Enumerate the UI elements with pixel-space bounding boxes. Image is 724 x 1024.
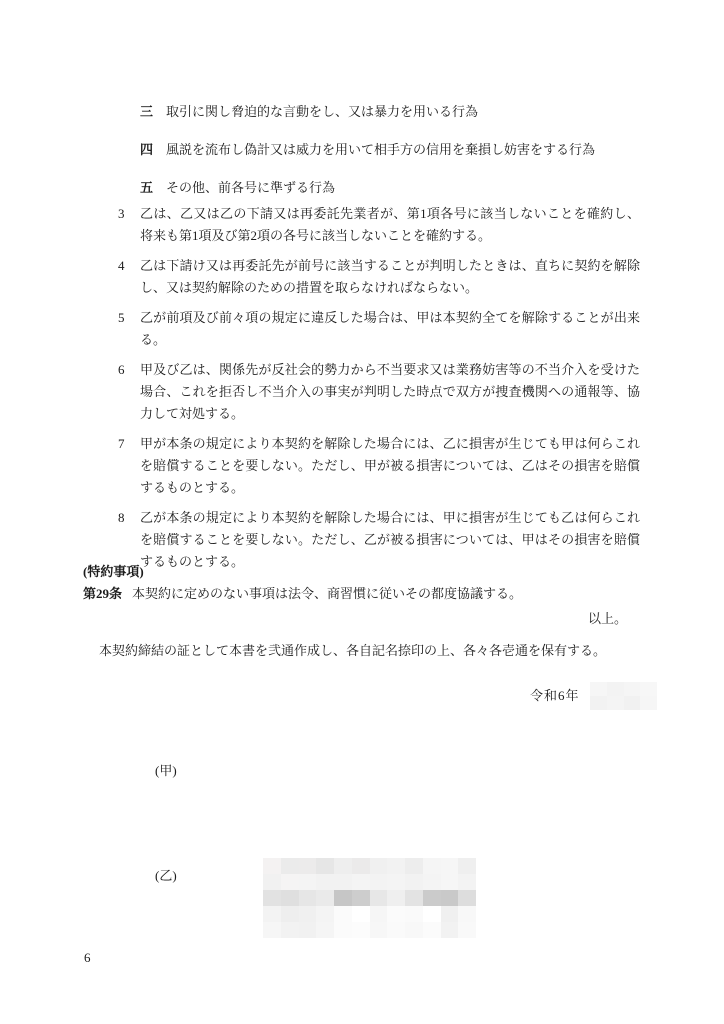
clause-text: 乙は、乙又は乙の下請又は再委託先業者が、第1項各号に該当しないことを確約し、将来… [140, 203, 640, 247]
redacted-signature-blur [263, 858, 476, 938]
clause-text: 甲及び乙は、関係先が反社会的勢力から不当要求又は業務妨害等の不当介入を受けた場合… [140, 359, 640, 425]
clause-text: 乙は下請け又は再委託先が前号に該当することが判明したときは、直ちに契約を解除し、… [140, 255, 640, 299]
contract-document-page: 三 取引に関し脅迫的な言動をし、又は暴力を用いる行為 四 風説を流布し偽計又は威… [0, 0, 724, 1024]
clause-item: 5 乙が前項及び前々項の規定に違反した場合は、甲は本契約全てを解除することが出来… [118, 307, 640, 351]
list-item-number: 三 [140, 100, 166, 123]
party-b-label: (乙) [155, 867, 177, 885]
clause-item: 3 乙は、乙又は乙の下請又は再委託先業者が、第1項各号に該当しないことを確約し、… [118, 203, 640, 247]
clause-number: 5 [118, 307, 140, 351]
clause-text: 甲が本条の規定により本契約を解除した場合には、乙に損害が生じても甲は何らこれを賠… [140, 433, 640, 499]
clause-number: 6 [118, 359, 140, 425]
list-item: 三 取引に関し脅迫的な言動をし、又は暴力を用いる行為 [140, 100, 660, 123]
prohibited-acts-sublist: 三 取引に関し脅迫的な言動をし、又は暴力を用いる行為 四 風説を流布し偽計又は威… [140, 100, 660, 214]
attestation-sentence: 本契約締結の証として本書を弐通作成し、各自記名捺印の上、各々各壱通を保有する。 [99, 641, 659, 661]
list-item: 四 風説を流布し偽計又は威力を用いて相手方の信用を棄損し妨害をする行為 [140, 138, 660, 161]
article-text: 本契約に定めのない事項は法令、商習慣に従いその都度協議する。 [132, 586, 522, 601]
clause-item: 6 甲及び乙は、関係先が反社会的勢力から不当要求又は業務妨害等の不当介入を受けた… [118, 359, 640, 425]
special-provisions-section: (特約事項) 第29条本契約に定めのない事項は法令、商習慣に従いその都度協議する… [83, 561, 643, 605]
party-a-label: (甲) [155, 762, 177, 780]
list-item-number: 四 [140, 138, 166, 161]
list-item: 五 その他、前各号に準ずる行為 [140, 176, 660, 199]
list-item-text: その他、前各号に準ずる行為 [166, 176, 660, 199]
list-item-text: 風説を流布し偽計又は威力を用いて相手方の信用を棄損し妨害をする行為 [166, 138, 660, 161]
special-provisions-heading: (特約事項) [83, 561, 643, 583]
clause-number: 7 [118, 433, 140, 499]
clause-item: 4 乙は下請け又は再委託先が前号に該当することが判明したときは、直ちに契約を解除… [118, 255, 640, 299]
clause-list: 3 乙は、乙又は乙の下請又は再委託先業者が、第1項各号に該当しないことを確約し、… [118, 203, 640, 581]
list-item-text: 取引に関し脅迫的な言動をし、又は暴力を用いる行為 [166, 100, 660, 123]
clause-item: 7 甲が本条の規定により本契約を解除した場合には、乙に損害が生じても甲は何らこれ… [118, 433, 640, 499]
clause-text: 乙が前項及び前々項の規定に違反した場合は、甲は本契約全てを解除することが出来る。 [140, 307, 640, 351]
page-number: 6 [84, 950, 91, 966]
list-item-number: 五 [140, 176, 166, 199]
era-date-label: 令和6年 [530, 687, 580, 705]
article-29-line: 第29条本契約に定めのない事項は法令、商習慣に従いその都度協議する。 [83, 583, 643, 605]
end-of-document-marker: 以上。 [588, 610, 627, 628]
clause-number: 3 [118, 203, 140, 247]
clause-number: 4 [118, 255, 140, 299]
article-number: 第29条 [83, 586, 122, 601]
redacted-date-blur [590, 682, 657, 710]
